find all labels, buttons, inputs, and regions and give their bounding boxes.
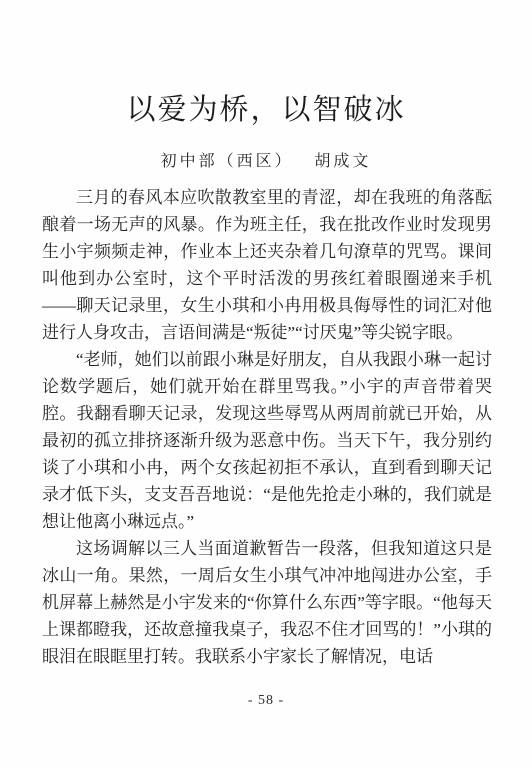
document-body: 三月的春风本应吹散教室里的青涩，却在我班的角落酝酿着一场无声的风暴。作为班主任，…: [42, 184, 492, 670]
author-affiliation: 初中部（西区）: [161, 153, 294, 170]
document-page: 以爱为桥，以智破冰 初中部（西区）胡成文 三月的春风本应吹散教室里的青涩，却在我…: [0, 0, 532, 768]
body-paragraph: 这场调解以三人当面道歉暂告一段落，但我知道这只是冰山一角。果然，一周后女生小琪气…: [42, 535, 492, 670]
page-title: 以爱为桥，以智破冰: [0, 0, 532, 128]
page-footer: - 58 -: [0, 693, 532, 709]
body-paragraph: 三月的春风本应吹散教室里的青涩，却在我班的角落酝酿着一场无声的风暴。作为班主任，…: [42, 184, 492, 346]
page-number: - 58 -: [248, 693, 284, 708]
byline: 初中部（西区）胡成文: [0, 148, 532, 171]
body-paragraph: “老师，她们以前跟小琳是好朋友，自从我跟小琳一起讨论数学题后，她们就开始在群里骂…: [42, 346, 492, 535]
author-name: 胡成文: [314, 153, 371, 170]
